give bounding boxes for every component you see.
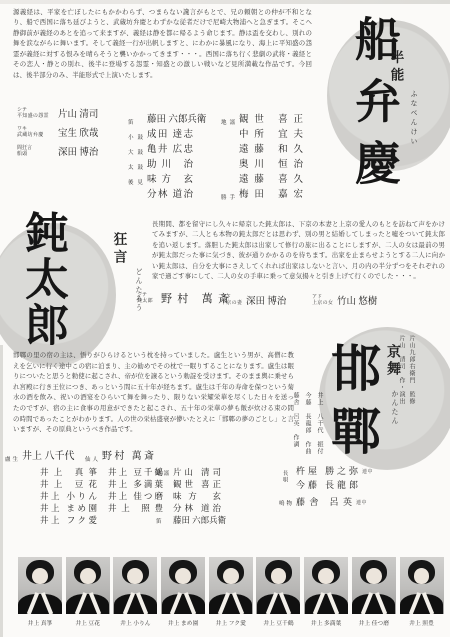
performer-photo [400, 557, 444, 614]
cast-row: 井上 真箏 [40, 468, 97, 477]
performer-name: 片山 清司 [173, 468, 221, 477]
kimono [305, 594, 348, 614]
cast-row: 鳴物 藤舎 呂英 連中 [279, 498, 367, 507]
performer-name: 井上 八千代 [22, 452, 72, 463]
part-label: 上京の女 [312, 301, 333, 307]
performer-name: 片山 清司 [58, 111, 98, 121]
kantan-genre-label: 京舞 [385, 344, 399, 378]
cast-row: 遠藤 和久 [221, 146, 303, 156]
role-label: 勝手 [221, 193, 235, 201]
performer-name: 井上 まめ園 [40, 504, 97, 513]
photo-caption: 井上 佳つ磨 [352, 618, 396, 627]
kimono [18, 594, 61, 614]
part-label: 鈍太郎 [137, 299, 157, 305]
performer-name: 中所 宜夫 [239, 131, 303, 141]
performer-name: 観世 喜正 [173, 480, 221, 489]
photo-cell: 井上 真箏 [18, 557, 62, 627]
performer-name: 深田 博治 [246, 298, 281, 308]
kimono [209, 594, 252, 614]
photo-caption: 井上 小りん [113, 618, 157, 627]
cast-row: 大鼓 亀井 広忠 [128, 146, 193, 156]
cast-row: 笛 藤田 六郎兵衛 [156, 516, 221, 525]
role-label: 笛 [156, 517, 169, 525]
performer-name: 井上 豆千鶴 [108, 468, 163, 477]
part-label: 武蔵坊弁慶 [17, 133, 54, 139]
narimono-label: 鳴物 [279, 499, 292, 507]
kimono [400, 594, 443, 614]
funabenkei-title: 船弁慶 [351, 15, 397, 201]
performer-name: 野村 萬斎 [102, 452, 154, 463]
photo-caption: 井上 豆千鶴 [256, 618, 300, 627]
cast-row: 間狂言船頭 深田 博治 [17, 146, 98, 159]
photo-cell: 井上 照豊 [400, 557, 444, 627]
performer-name: 助川 治 [147, 161, 193, 171]
photo-cell: 井上 豆千鶴 [256, 557, 300, 627]
role-label: 地謡 [221, 118, 235, 126]
performer-photo [209, 557, 253, 614]
scan-edge-left [0, 345, 3, 637]
funabenkei-genre-label: 半能 [389, 50, 403, 85]
part-label: 下京の妻 [221, 301, 242, 307]
funabenkei-description: 源義経は、平家を亡ぼしたにもかかわらず、つまらない讒言がもとで、兄の頼朝との仲が… [13, 8, 312, 81]
cast-row: 井上 豆千鶴 [108, 468, 163, 477]
role-label: 仙人 [85, 455, 98, 463]
kantan-supervision-credit: 片山九郎右衛門 監修 [408, 335, 414, 405]
role-label: 盧生 [5, 455, 18, 463]
kantan-choreography-credit: 井上 八千代 振付 [316, 392, 322, 455]
cast-row: 地謡 片山 清司 [156, 468, 221, 477]
performer-name: 梅田 嘉宏 [239, 191, 303, 201]
photo-caption: 井上 まめ園 [161, 618, 205, 627]
cast-row: 井上 豆花 [40, 480, 97, 489]
performer-name: 井上 佳つ磨 [108, 492, 163, 501]
kimono [257, 594, 300, 614]
kimono [114, 594, 157, 614]
performer-name: 井上 多満葉 [108, 480, 163, 489]
photo-caption: 井上 フク愛 [209, 618, 253, 627]
cast-row: 井上 フク愛 [40, 516, 97, 525]
performer-photo [304, 557, 348, 614]
photo-cell: 井上 多満葉 [304, 557, 348, 627]
photo-caption: 井上 照豊 [400, 618, 444, 627]
performer-name: 深田 博治 [58, 149, 98, 159]
cast-row: 味方 玄 [156, 492, 221, 501]
performer-name: 竹山 悠樹 [337, 298, 372, 308]
cast-row: 分林 道治 [128, 191, 193, 201]
cast-row: 奥川 恒治 [221, 161, 303, 171]
performer-photo [352, 557, 396, 614]
performer-name: 奥川 恒治 [239, 161, 303, 171]
performer-name: 井上 小りん [40, 492, 97, 501]
performer-name: 味方 玄 [147, 176, 193, 186]
face [366, 568, 382, 585]
role-label: 後見 [128, 178, 143, 186]
performer-name: 野村 萬斎 [161, 294, 229, 306]
kantan-furigana: かんたん [391, 390, 398, 426]
cast-row: 勝手 梅田 嘉宏 [221, 191, 303, 201]
performer-name: 藤田 六郎兵衛 [173, 516, 221, 525]
cast-row: 観世 喜正 [156, 480, 221, 489]
program-page: 船弁慶 半能 ふなべんけい 源義経は、平家を亡ぼしたにもかかわらず、つまらない讒… [0, 0, 450, 637]
cast-row: シテ平知盛の怨霊 片山 清司 [17, 108, 98, 121]
cast-row: 井上 多満葉 [108, 480, 163, 489]
performer-name: 分林 道治 [147, 191, 193, 201]
cast-row: 井上 佳つ磨 [108, 492, 163, 501]
cast-row: 笛 藤田 六郎兵衛 [128, 116, 193, 126]
performer-photo [256, 557, 300, 614]
cast-row: アド上京の女 竹山 悠樹 [312, 295, 372, 308]
cast-row: 井上 照豊 [108, 504, 163, 513]
face [223, 568, 239, 585]
photo-cell: 井上 まめ園 [161, 557, 205, 627]
face [32, 568, 48, 585]
performer-name: 藤田 六郎兵衛 [147, 116, 193, 126]
performer-name: 亀井 広忠 [147, 146, 193, 156]
cast-row: 仙人 野村 萬斎 [85, 452, 154, 463]
cast-row: 今藤 長龍郎 [296, 481, 358, 490]
nagauta-label: 長唄 [281, 470, 287, 483]
kantan-direction-credit: 片山 清司 作・演出 [398, 335, 404, 405]
kantan-description: 邯鄲の里の宿の主は、悟りがひらけるという枕を持っていました。盧生という男が、高僧… [13, 351, 294, 436]
performer-name: 成田 達志 [147, 131, 193, 141]
performer-name: 分林 道治 [173, 504, 221, 513]
cast-row: 杵屋 勝之弥 連中 [296, 467, 373, 476]
scan-edge-top [0, 0, 450, 4]
photo-caption: 井上 多満葉 [304, 618, 348, 627]
funabenkei-furigana: ふなべんけい [410, 90, 417, 147]
face [80, 568, 96, 585]
performer-name: 井上 豆花 [40, 480, 97, 489]
kimono [66, 594, 109, 614]
performer-photo-strip: 井上 真箏 井上 豆花 井上 小りん 井上 まめ園 井上 フク愛 井上 豆千鶴 … [18, 557, 444, 627]
kantan-title: 邯鄲 [327, 342, 377, 468]
renchu-suffix: 連中 [362, 468, 373, 475]
kimono [352, 594, 395, 614]
part-label: 平知盛の怨霊 [17, 114, 54, 120]
performer-name: 杵屋 勝之弥 [296, 467, 358, 476]
photo-caption: 井上 真箏 [18, 618, 62, 627]
cast-row: アド下京の妻 深田 博治 [221, 295, 281, 308]
kantan-composition-credit: 今藤 長龍郎 作曲 [304, 392, 310, 455]
cast-row: ワキ武蔵坊弁慶 宝生 欣哉 [17, 127, 98, 140]
face [175, 568, 191, 585]
kimono [162, 594, 205, 614]
role-label: 笛 [128, 118, 143, 126]
role-label: 地謡 [156, 469, 169, 477]
performer-name: 遠藤 和久 [239, 146, 303, 156]
cast-row: 分林 道治 [156, 504, 221, 513]
part-label: 船頭 [17, 152, 54, 158]
role-label: 太鼓 [128, 163, 143, 171]
dontaro-description: 長期間、都を留守にし久々に帰京した鈍太郎は、下京の本妻と上京の愛人のもとを訪ねて… [152, 220, 445, 283]
cast-row: 小鼓 成田 達志 [128, 131, 193, 141]
performer-photo [66, 557, 110, 614]
performer-name: 井上 照豊 [108, 504, 163, 513]
face [318, 568, 334, 585]
cast-row: 太鼓 助川 治 [128, 161, 193, 171]
performer-name: 井上 真箏 [40, 468, 97, 477]
dontaro-title: 鈍太郎 [20, 210, 64, 348]
cast-row: 盧生 井上 八千代 [5, 452, 72, 463]
cast-row: 地謡 観世 喜正 [221, 116, 303, 126]
performer-photo [161, 557, 205, 614]
dontaro-genre-label: 狂言 [112, 232, 126, 267]
photo-cell: 井上 小りん [113, 557, 157, 627]
performer-photo [113, 557, 157, 614]
dontaro-furigana: どんたろう [135, 268, 142, 313]
performer-name: 遠藤 喜久 [239, 176, 303, 186]
performer-name: 味方 玄 [173, 492, 221, 501]
performer-name: 藤舎 呂英 [296, 498, 352, 507]
photo-caption: 井上 豆花 [66, 618, 110, 627]
cast-row: 井上 まめ園 [40, 504, 97, 513]
role-label: 大鼓 [128, 148, 143, 156]
renchu-suffix: 連中 [356, 499, 367, 506]
photo-cell: 井上 フク愛 [209, 557, 253, 627]
cast-row: 中所 宜夫 [221, 131, 303, 141]
performer-name: 井上 フク愛 [40, 516, 97, 525]
performer-name: 今藤 長龍郎 [296, 481, 358, 490]
photo-cell: 井上 豆花 [66, 557, 110, 627]
role-label: 小鼓 [128, 133, 143, 141]
performer-name: 観世 喜正 [239, 116, 303, 126]
cast-row: シテ鈍太郎 野村 萬斎 [137, 293, 229, 306]
performer-name: 宝生 欣哉 [58, 130, 98, 140]
cast-row: 井上 小りん [40, 492, 97, 501]
photo-cell: 井上 佳つ磨 [352, 557, 396, 627]
cast-row: 後見 味方 玄 [128, 176, 193, 186]
performer-photo [18, 557, 62, 614]
cast-row: 遠藤 喜久 [221, 176, 303, 186]
